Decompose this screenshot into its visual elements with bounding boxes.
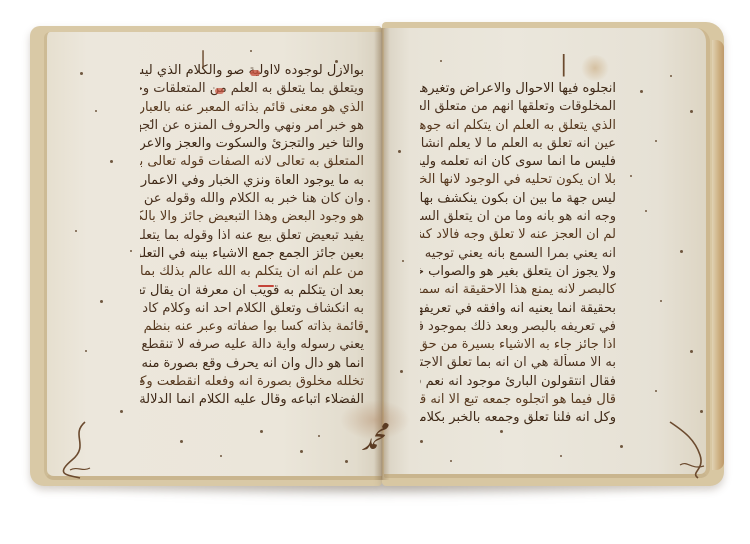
text-line: المخلوقات وتعلقها انهم من متعلق العلم اذ…: [420, 98, 616, 116]
worm-hole: [402, 260, 404, 262]
text-line: الفضلاء اتباعه وقال عليه الكلام انما الد…: [140, 391, 364, 409]
text-line: انه يعني بمرا السمع بانه يعني توجيه التم…: [420, 245, 616, 263]
worm-hole: [75, 230, 77, 232]
red-rubric: [250, 70, 260, 76]
worm-hole: [630, 175, 632, 177]
red-rubric: [258, 285, 274, 287]
worm-hole: [400, 370, 403, 373]
text-line: اذا جائز جاء به الاشياء بسيرة من حق ان ا…: [420, 336, 616, 354]
text-line: قال فيما هو اتجلوه جمعه تبع الا انه قبل …: [420, 391, 616, 409]
worm-hole: [645, 210, 647, 212]
text-line: بعد ان يتكلم به قويب ان معرفة ان يقال تع…: [140, 282, 364, 300]
text-line: يفيد تبعيض تعلق بيع عنه اذا وقوله بما يت…: [140, 227, 364, 245]
text-line: فقال انتقولون البارئ موجود انه نعم قال و…: [420, 373, 616, 391]
worm-hole: [420, 440, 423, 443]
text-line: وكل انه فلنا تعلق وجمعه بالخبر بكلامه ان…: [420, 409, 616, 427]
text-line: ليس جهة ما بين ان بكون ينكشف بها معا انه…: [420, 190, 616, 208]
worm-hole: [655, 390, 657, 392]
text-line: تخلله مخلوق بصورة انه وفعله انقطعت وكان …: [140, 373, 364, 391]
text-line: عين انه تعلق به العلم ما لا يعلم انشاء م…: [420, 135, 616, 153]
text-line: هو وجود البعض وهذا التبعيض جائز والا بال…: [140, 208, 364, 226]
ink-stain: [580, 55, 610, 81]
left-page-text: بوالازل لوجوده لااولية صو والكلام الذي ل…: [140, 62, 364, 422]
worm-hole: [560, 455, 562, 457]
worm-hole: [450, 460, 452, 462]
text-line: بلا ان يكون تحليه في الوجود لانها الخبر …: [420, 171, 616, 189]
right-page-edge: [712, 40, 724, 470]
text-line: كالبصر لانه يمنع هذا الاحقيقة انه سمعه و…: [420, 281, 616, 299]
worm-hole: [120, 410, 123, 413]
text-line: من علم انه ان يتكلم به الله عالم بذلك بم…: [140, 263, 364, 281]
corner-ornament-right: [660, 420, 710, 480]
worm-hole: [368, 200, 370, 202]
worm-hole: [100, 300, 103, 303]
text-line: به ما يوجود العاة ونزي الخبار وفي الاعما…: [140, 172, 364, 190]
top-margin-mark: |: [200, 48, 206, 69]
worm-hole: [95, 110, 97, 112]
text-line: الذي يتعلق به العلم ان يتكلم انه جوهر وا…: [420, 117, 616, 135]
worm-hole: [670, 75, 672, 77]
text-line: به الا مسألة هي ان انه بما تعلق الاجتماع…: [420, 354, 616, 372]
worm-hole: [318, 435, 320, 437]
text-line: انجلوه فيها الاحوال والاعراض وتغيرها ان …: [420, 80, 616, 98]
worm-hole: [110, 160, 113, 163]
worm-hole: [180, 440, 183, 443]
worm-hole: [130, 250, 132, 252]
worm-hole: [690, 110, 693, 113]
text-line: بعين جائز الجمع جمع الاشياء بينه في التع…: [140, 245, 364, 263]
worm-hole: [140, 380, 143, 383]
worm-hole: [335, 60, 338, 63]
text-line: الذي هو معنى قائم بذاته المعبر عنه بالعب…: [140, 99, 364, 117]
worm-hole: [500, 430, 503, 433]
text-line: ولا يجوز ان يتعلق بغير هو والصواب خلافه …: [420, 263, 616, 281]
text-line: فليس ما انما سوى كان انه تعلمه وليس بخبر…: [420, 153, 616, 171]
text-line: هو خبر امر ونهي والحروف المنزه عن الجهة …: [140, 117, 364, 135]
text-line: المتعلق به تعالى لانه الصفات قوله تعالى …: [140, 153, 364, 171]
worm-hole: [620, 445, 623, 448]
worm-hole: [660, 300, 662, 302]
text-line: انما هو دال وان انه يحرف وقع بصورة منه ع…: [140, 355, 364, 373]
worm-hole: [250, 50, 252, 52]
worm-hole: [85, 350, 87, 352]
text-line: وان كان هنا خبر به الكلام والله وقوله عن…: [140, 190, 364, 208]
worm-hole: [655, 140, 657, 142]
worm-hole: [260, 430, 263, 433]
text-line: في تعريفه بالبصر وبعد ذلك بموجود في السم…: [420, 318, 616, 336]
manuscript-photo: بوالازل لوجوده لااولية صو والكلام الذي ل…: [0, 0, 750, 544]
worm-hole: [80, 72, 83, 75]
text-line: وجه انه هو بانه وما من ان يتعلق السمع وا…: [420, 208, 616, 226]
corner-ornament-left: [60, 420, 100, 480]
worm-hole: [440, 60, 442, 62]
worm-hole: [690, 350, 693, 353]
text-line: قائمة بذاته كسا بوا صفاته وعبر عنه بنظم …: [140, 318, 364, 336]
worm-hole: [680, 250, 683, 253]
top-margin-mark: |: [560, 52, 567, 77]
text-line: يعني رسوله واية دالة عليه صرفه لا تنقطع …: [140, 336, 364, 354]
center-tailpiece-ornament: ﷴ: [340, 400, 410, 440]
text-line: لم ان العجز عنه لا تعلق وجه فالاد كشفها …: [420, 226, 616, 244]
worm-hole: [365, 330, 368, 333]
worm-hole: [700, 410, 703, 413]
text-line: ويتعلق بما يتعلق به العلم من المتعلقات و…: [140, 80, 364, 98]
worm-hole: [150, 120, 152, 122]
text-line: والتا خير والتجزئ والسكوت والعجز والاعرا…: [140, 135, 364, 153]
worm-hole: [300, 450, 303, 453]
worm-hole: [398, 150, 401, 153]
right-page-text: انجلوه فيها الاحوال والاعراض وتغيرها ان …: [420, 80, 616, 428]
worm-hole: [345, 460, 348, 463]
red-rubric: [215, 88, 224, 94]
worm-hole: [640, 90, 643, 93]
text-line: بحقيقة انما يعنيه انه وافقه في تعريفها ا…: [420, 300, 616, 318]
text-line: به انكشاف وتعلق الكلام احد انه وكلام كاد…: [140, 300, 364, 318]
worm-hole: [220, 455, 222, 457]
